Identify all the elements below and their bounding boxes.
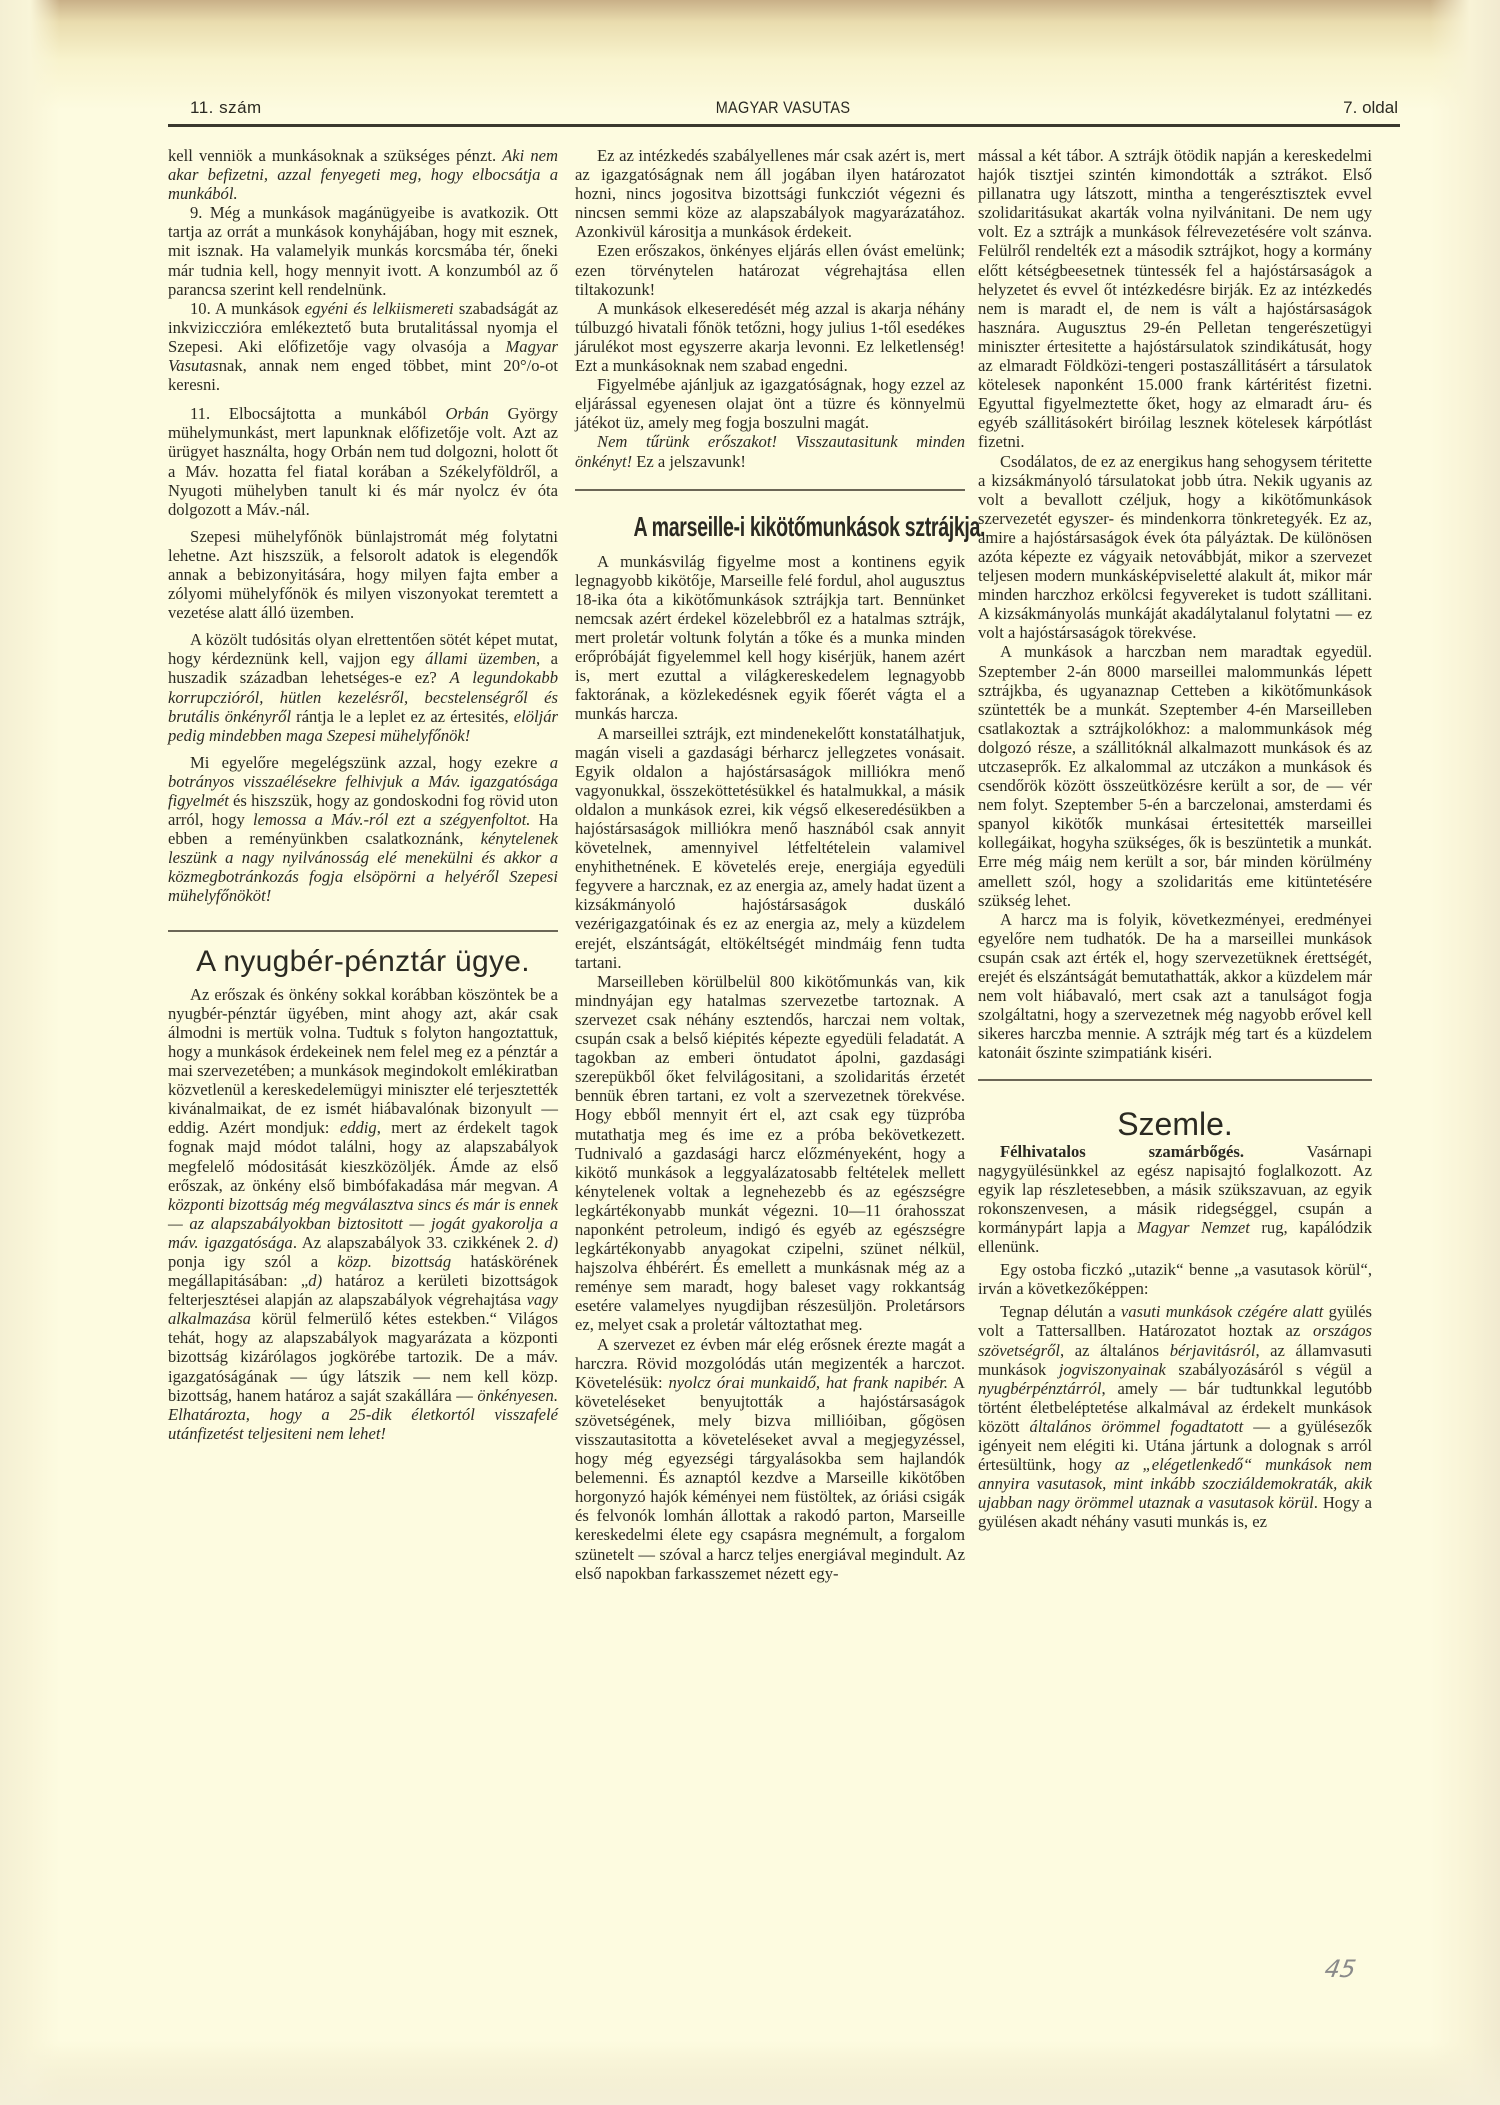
paragraph: Tegnap délután a vasuti munkások czégére… [978, 1302, 1372, 1531]
text: . Az alapszabályok 33. czikkének 2. [293, 1233, 544, 1252]
spacer [575, 471, 965, 489]
paragraph: A munkások a harczban nem maradtak egyed… [978, 642, 1372, 909]
paper-edge-left [0, 0, 60, 2105]
page-header: 11. szám MAGYAR VASUTAS 7. oldal [168, 94, 1398, 124]
article-headline: A marseille-i kikötőmunkások sztrájkja. [634, 517, 907, 536]
paragraph: Figyelmébe ajánljuk az igazgatóságnak, h… [575, 375, 965, 432]
text: A követeléseket benyujtották a hajóstárs… [575, 1373, 965, 1583]
paragraph: Ezen erőszakos, önkényes eljárás ellen ó… [575, 241, 965, 298]
emphasis: eddig [340, 1118, 377, 1137]
emphasis: egyéni és lelkiismereti [305, 299, 454, 318]
column-1: kell venniök a munkásoknak a szükséges p… [168, 146, 558, 1443]
emphasis: lemossa a Máv.-ról ezt a szégyenfoltot. [253, 810, 530, 829]
emphasis: d) [544, 1233, 558, 1252]
text: 11. Elbocsájtotta a munkából [190, 404, 446, 423]
emphasis: általános örömmel fogadtatott [1030, 1417, 1244, 1436]
emphasis: nyugbérpénztárról [978, 1379, 1102, 1398]
paragraph: A munkásvilág figyelme most a kontinens … [575, 552, 965, 724]
paragraph: Egy ostoba ficzkó „utazik“ benne „a vasu… [978, 1260, 1372, 1298]
paragraph: A harcz ma is folyik, következményei, er… [978, 910, 1372, 1063]
paragraph: 11. Elbocsájtotta a munkából Orbán Györg… [168, 404, 558, 519]
emphasis: állami üzemben [425, 649, 536, 668]
emphasis: Magyar Nemzet [1137, 1218, 1250, 1237]
text: kell venniök a munkásoknak a szükséges p… [168, 146, 502, 165]
text: szabályozásáról s végül a [1166, 1360, 1372, 1379]
emphasis: vasuti munkások czégére alatt [1121, 1302, 1324, 1321]
issue-number: 11. szám [190, 98, 262, 118]
paragraph: Félhivatalos szamárbőgés. Vasárnapi nagy… [978, 1142, 1372, 1257]
paragraph: Mi egyelőre megelégszünk azzal, hogy eze… [168, 753, 558, 906]
paragraph: A munkások elkeseredését még azzal is ak… [575, 299, 965, 375]
paragraph: Szepesi mühelyfőnök bünlajstromát még fo… [168, 527, 558, 622]
emphasis: közp. bizottság [337, 1252, 451, 1271]
column-2: Ez az intézkedés szabályellenes már csak… [575, 146, 965, 1583]
newspaper-title: MAGYAR VASUTAS [260, 98, 1306, 118]
paper-edge-bottom [0, 2045, 1500, 2105]
emphasis: bérjavitásról [1170, 1341, 1256, 1360]
paragraph: mással a két tábor. A sztrájk ötödik nap… [978, 146, 1372, 452]
paragraph: Az erőszak és önkény sokkal korábban kös… [168, 985, 558, 1443]
text: Az erőszak és önkény sokkal korábban kös… [168, 985, 558, 1138]
newspaper-page: 11. szám MAGYAR VASUTAS 7. oldal kell ve… [0, 0, 1500, 2105]
paragraph: A marseillei sztrájk, ezt mindenekelőtt … [575, 724, 965, 972]
article-headline: A nyugbér-pénztár ügye. [168, 952, 558, 971]
bold-lead: Félhivatalos szamárbőgés. [1000, 1142, 1244, 1161]
paragraph: 10. A munkások egyéni és lelkiismereti s… [168, 299, 558, 394]
paragraph: kell venniök a munkásoknak a szükséges p… [168, 146, 558, 203]
spacer [168, 906, 558, 930]
handwritten-page-number: 45 [1323, 1955, 1358, 1983]
paragraph: Nem tűrünk erőszakot! Visszautasitunk mi… [575, 432, 965, 470]
paragraph: Ez az intézkedés szabályellenes már csak… [575, 146, 965, 241]
paragraph: 9. Még a munkások magánügyeibe is avatko… [168, 203, 558, 298]
emphasis: d) [308, 1271, 322, 1290]
text: 10. A munkások [190, 299, 305, 318]
page-number: 7. oldal [1343, 98, 1398, 118]
text: Ez a jelszavunk! [632, 452, 746, 471]
paragraph: Marseilleben körülbelül 800 kikötőmunkás… [575, 972, 965, 1335]
text: nak, annak nem enged többet, mint 20°/o-… [168, 356, 558, 394]
emphasis: nyolcz órai munkaidő, hat frank napibér. [669, 1373, 948, 1392]
header-rule [168, 124, 1400, 127]
spacer [978, 1063, 1372, 1079]
paragraph: A közölt tudósitás olyan elrettentően sö… [168, 630, 558, 745]
emphasis: jogviszonyainak [1059, 1360, 1166, 1379]
text: , az általános [1060, 1341, 1170, 1360]
column-3: mással a két tábor. A sztrájk ötödik nap… [978, 146, 1372, 1531]
paper-edge-right [1430, 0, 1500, 2105]
emphasis: Orbán [446, 404, 489, 423]
section-headline: Szemle. [978, 1115, 1372, 1134]
text: Tegnap délután a [1000, 1302, 1121, 1321]
paragraph: Csodálatos, de ez az energikus hang seho… [978, 452, 1372, 643]
text: ponja igy szól a [168, 1252, 337, 1271]
text: Mi egyelőre megelégszünk azzal, hogy eze… [190, 753, 550, 772]
text: rántja le a leplet ez az értesités, [291, 707, 514, 726]
paragraph: A szervezet ez évben már elég erősnek ér… [575, 1335, 965, 1583]
